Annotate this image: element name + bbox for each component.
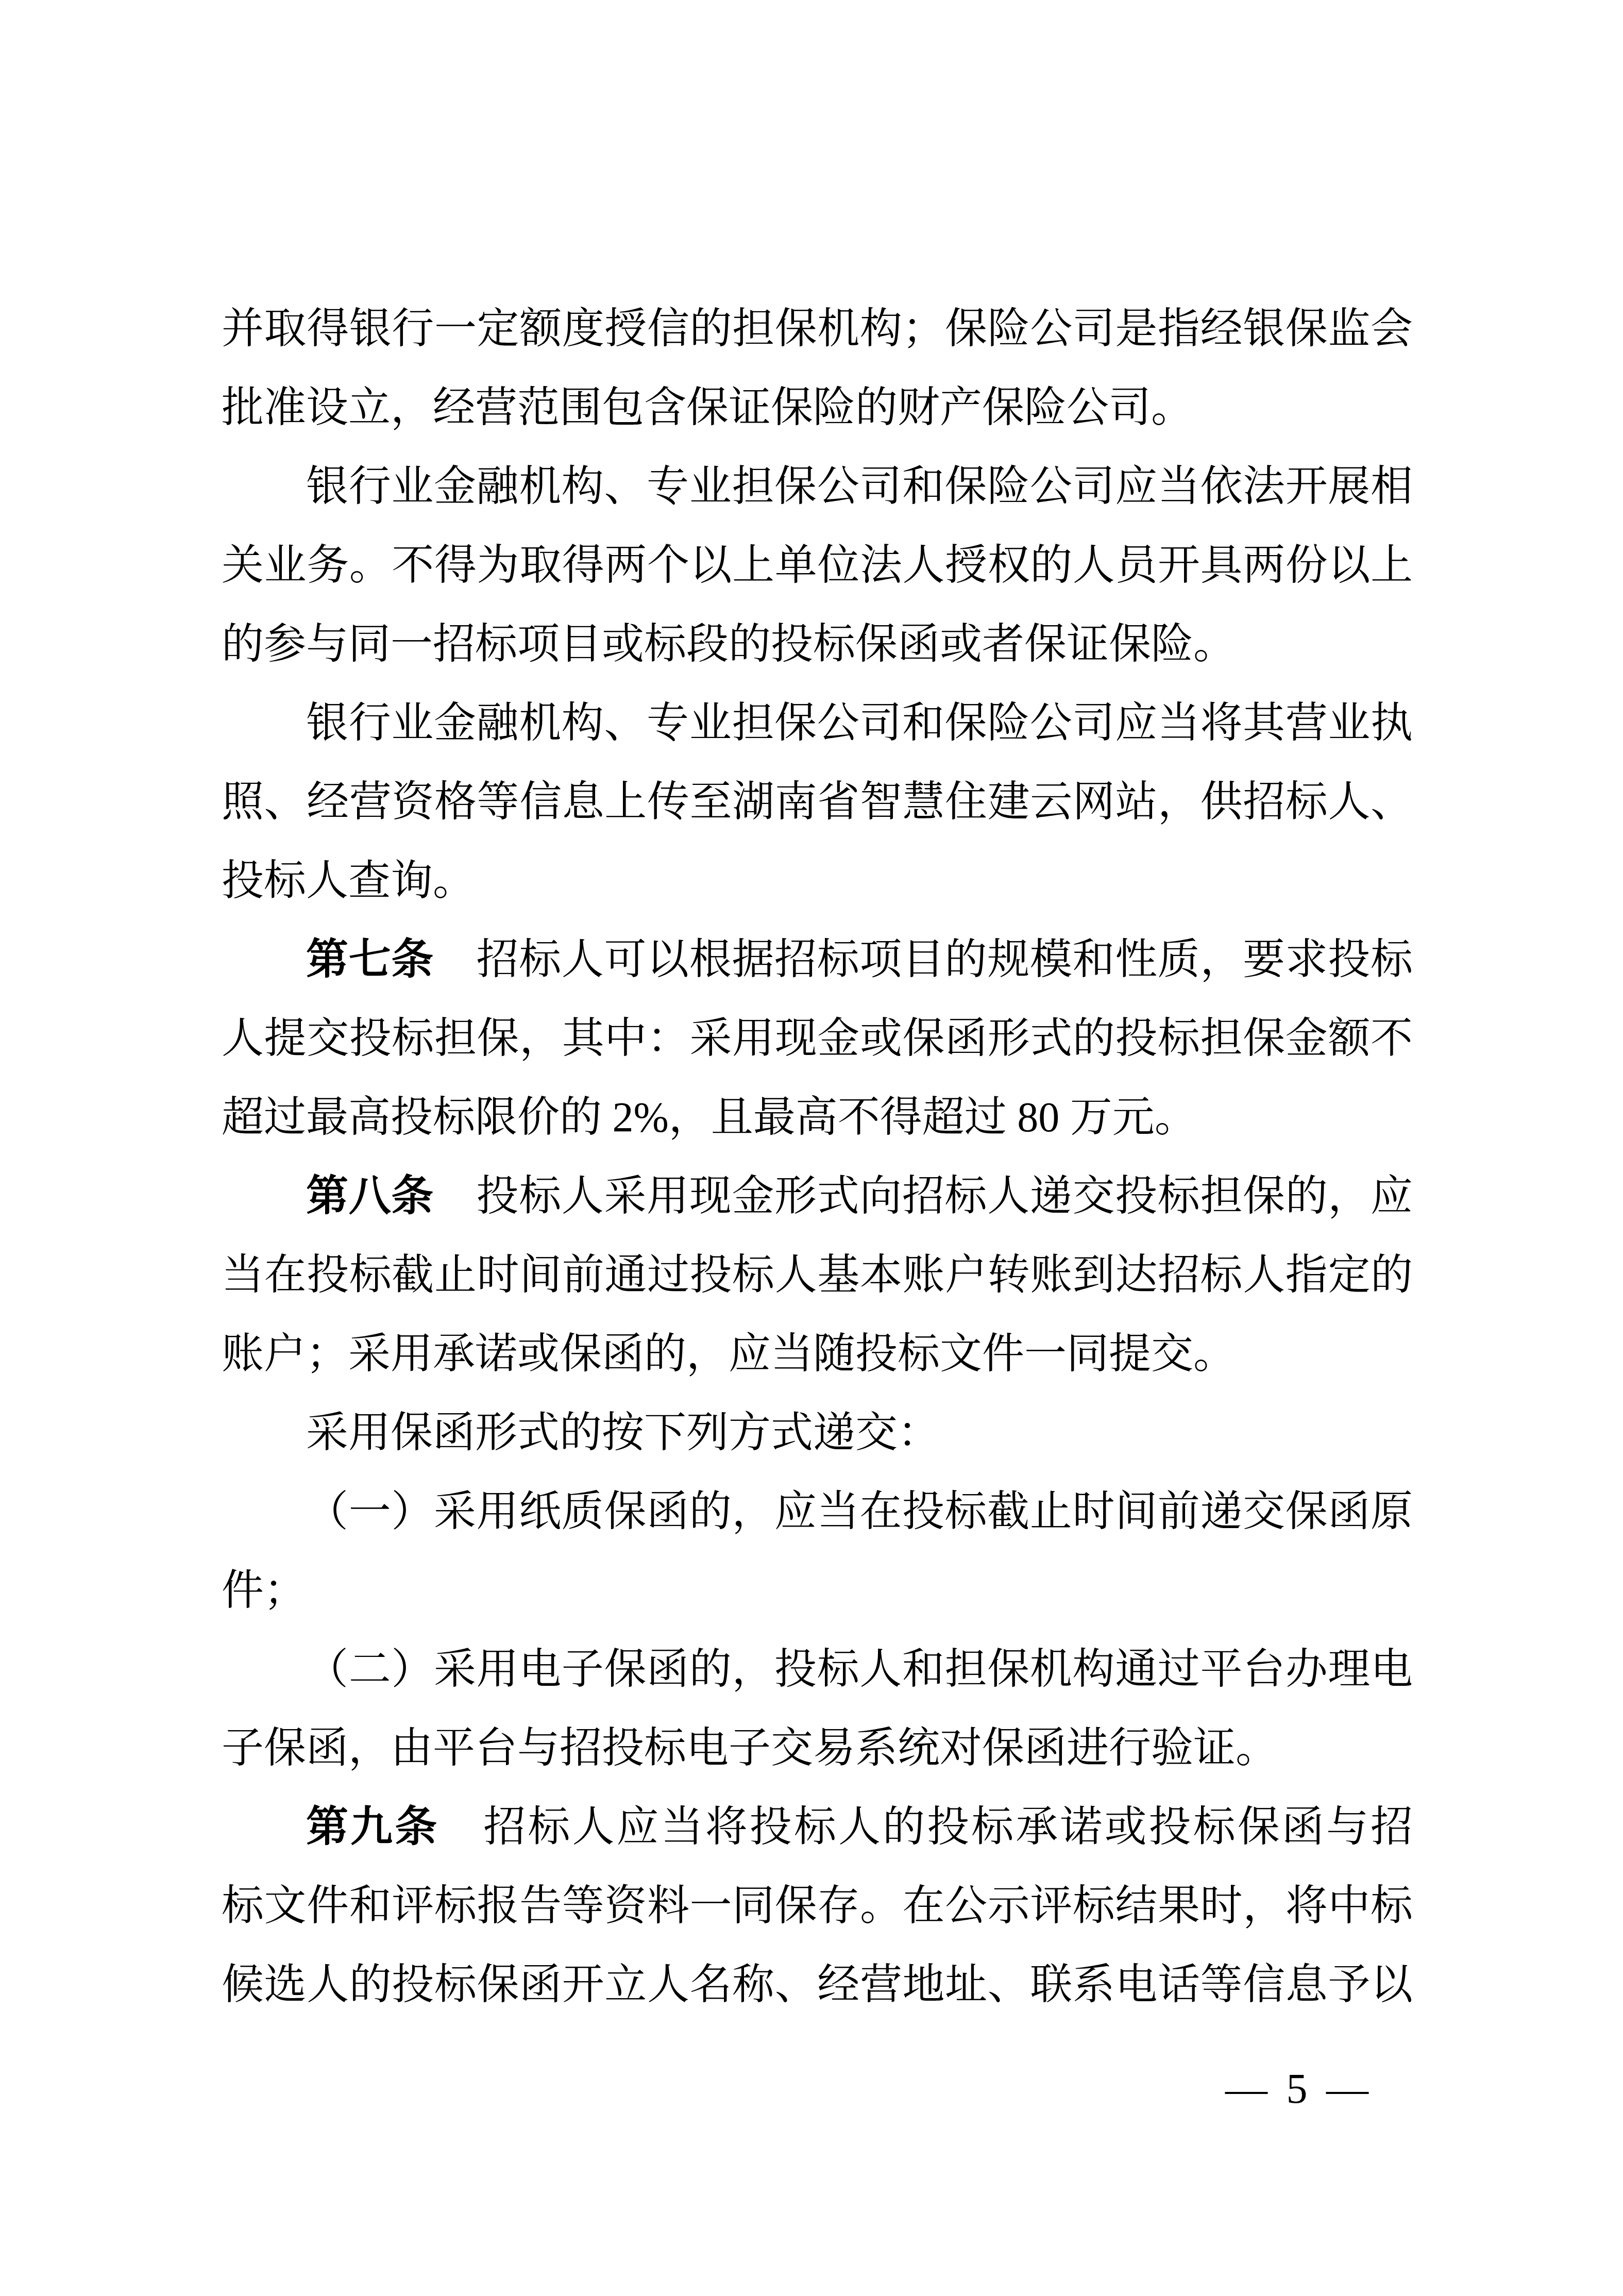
text-segment: 投标人查询。 [222, 857, 475, 904]
document-text-block: 并取得银行一定额度授信的担保机构；保险公司是指经银保监会批准设立，经营范围包含保… [222, 289, 1413, 2024]
text-line: 投标人查询。 [222, 841, 1413, 920]
page-number: — 5 — [1225, 2060, 1373, 2117]
text-segment: 人提交投标担保，其中：采用现金或保函形式的投标担保金额不 [222, 1015, 1413, 1062]
text-segment: 照、经营资格等信息上传至湖南省智慧住建云网站，供招标人、 [222, 778, 1413, 825]
text-line: 银行业金融机构、专业担保公司和保险公司应当将其营业执 [222, 683, 1413, 762]
text-line: 件； [222, 1551, 1413, 1630]
text-segment: 招标人可以根据招标项目的规模和性质，要求投标 [434, 936, 1413, 983]
text-segment: 的参与同一招标项目或标段的投标保函或者保证保险。 [222, 621, 1236, 667]
text-segment: 批准设立，经营范围包含保证保险的财产保险公司。 [222, 384, 1193, 431]
text-segment: 候选人的投标保函开立人名称、经营地址、联系电话等信息予以 [222, 1961, 1413, 2008]
text-line: 采用保函形式的按下列方式递交： [222, 1393, 1413, 1472]
text-line: 并取得银行一定额度授信的担保机构；保险公司是指经银保监会 [222, 289, 1413, 368]
text-line: 候选人的投标保函开立人名称、经营地址、联系电话等信息予以 [222, 1945, 1413, 2024]
article-number: 第七条 [306, 936, 434, 983]
page-sheet: 并取得银行一定额度授信的担保机构；保险公司是指经银保监会批准设立，经营范围包含保… [0, 0, 1623, 2296]
text-segment: 并取得银行一定额度授信的担保机构；保险公司是指经银保监会 [222, 305, 1413, 352]
text-segment: 超过最高投标限价的 2%，且最高不得超过 80 万元。 [222, 1094, 1197, 1141]
text-line: 账户；采用承诺或保函的，应当随投标文件一同提交。 [222, 1314, 1413, 1393]
text-segment: 账户；采用承诺或保函的，应当随投标文件一同提交。 [222, 1330, 1236, 1377]
text-line: 银行业金融机构、专业担保公司和保险公司应当依法开展相 [222, 447, 1413, 526]
text-line: 子保函，由平台与招投标电子交易系统对保函进行验证。 [222, 1708, 1413, 1787]
article-number: 第八条 [306, 1172, 434, 1219]
text-line: 批准设立，经营范围包含保证保险的财产保险公司。 [222, 368, 1413, 447]
text-segment: 招标人应当将投标人的投标承诺或投标保函与招 [439, 1803, 1413, 1850]
article-number: 第九条 [306, 1803, 439, 1850]
text-segment: 件； [222, 1567, 306, 1614]
text-line: 标文件和评标报告等资料一同保存。在公示评标结果时，将中标 [222, 1866, 1413, 1945]
text-line: 关业务。不得为取得两个以上单位法人授权的人员开具两份以上 [222, 526, 1413, 605]
text-line: 第九条 招标人应当将投标人的投标承诺或投标保函与招 [222, 1787, 1413, 1866]
text-line: 人提交投标担保，其中：采用现金或保函形式的投标担保金额不 [222, 999, 1413, 1078]
text-segment: 投标人采用现金形式向招标人递交投标担保的，应 [434, 1172, 1413, 1219]
text-segment: （二）采用电子保函的，投标人和担保机构通过平台办理电 [306, 1646, 1413, 1692]
text-line: 当在投标截止时间前通过投标人基本账户转账到达招标人指定的 [222, 1235, 1413, 1314]
text-segment: 银行业金融机构、专业担保公司和保险公司应当依法开展相 [306, 463, 1413, 510]
text-line: 超过最高投标限价的 2%，且最高不得超过 80 万元。 [222, 1078, 1413, 1157]
document-page: { "page": { "background": "#ffffff", "te… [0, 0, 1623, 2296]
text-segment: 当在投标截止时间前通过投标人基本账户转账到达招标人指定的 [222, 1251, 1413, 1298]
text-line: 的参与同一招标项目或标段的投标保函或者保证保险。 [222, 605, 1413, 683]
text-segment: 采用保函形式的按下列方式递交： [306, 1409, 940, 1456]
text-line: （一）采用纸质保函的，应当在投标截止时间前递交保函原 [222, 1472, 1413, 1551]
text-line: （二）采用电子保函的，投标人和担保机构通过平台办理电 [222, 1630, 1413, 1708]
text-segment: 银行业金融机构、专业担保公司和保险公司应当将其营业执 [306, 699, 1413, 746]
text-segment: 关业务。不得为取得两个以上单位法人授权的人员开具两份以上 [222, 542, 1413, 589]
text-segment: 子保函，由平台与招投标电子交易系统对保函进行验证。 [222, 1724, 1278, 1771]
text-line: 照、经营资格等信息上传至湖南省智慧住建云网站，供招标人、 [222, 762, 1413, 841]
text-segment: （一）采用纸质保函的，应当在投标截止时间前递交保函原 [306, 1488, 1413, 1535]
text-line: 第七条 招标人可以根据招标项目的规模和性质，要求投标 [222, 920, 1413, 999]
text-line: 第八条 投标人采用现金形式向招标人递交投标担保的，应 [222, 1157, 1413, 1235]
text-segment: 标文件和评标报告等资料一同保存。在公示评标结果时，将中标 [222, 1882, 1413, 1929]
